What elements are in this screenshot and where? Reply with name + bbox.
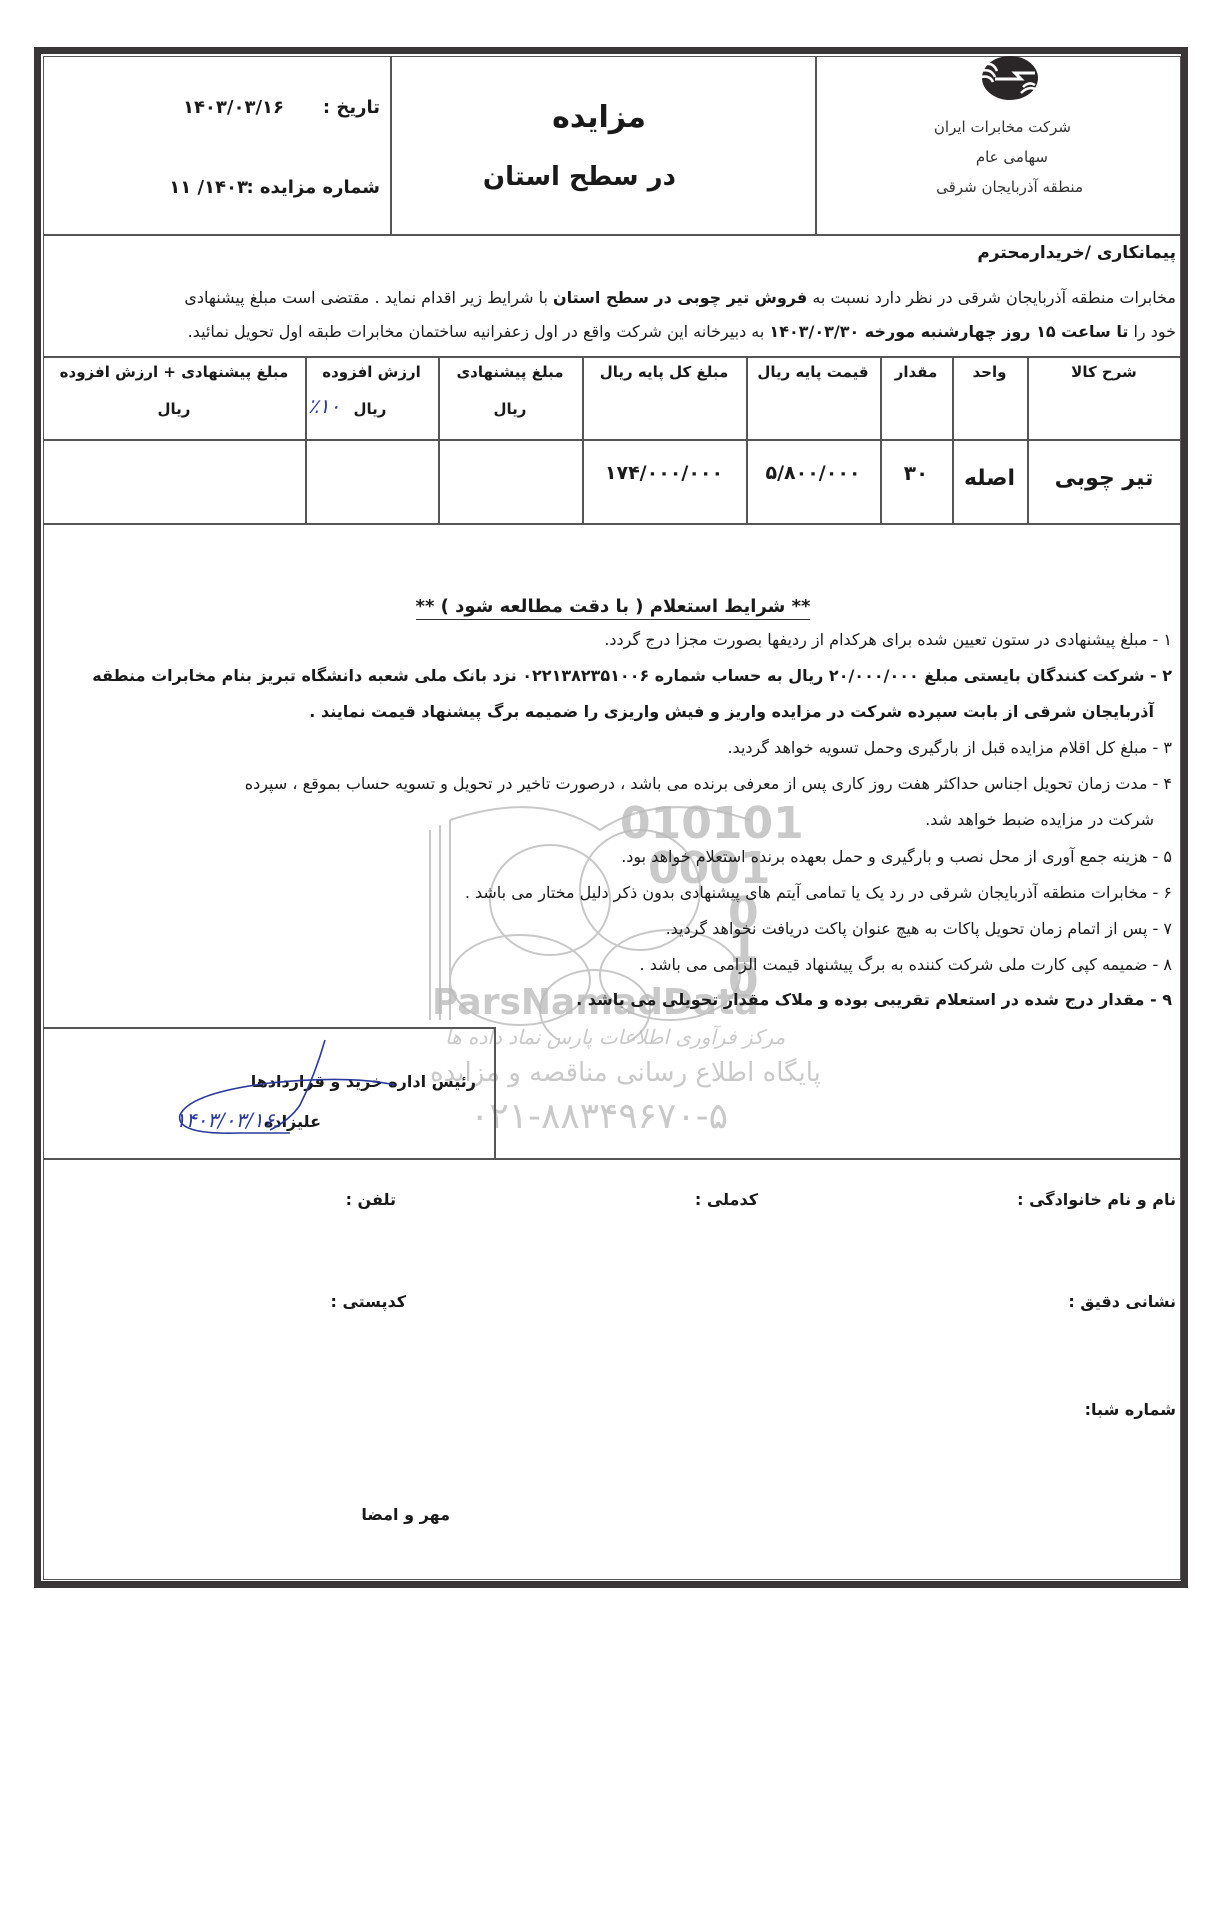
col-header-offer-plus-vat: مبلغ پیشنهادی + ارزش افزوده [43, 363, 305, 381]
intro-line-2-bold: تا ساعت ۱۵ روز چهارشنبه مورخه ۱۴۰۳/۰۳/۳۰ [769, 322, 1128, 341]
intro-line-1-text: مخابرات منطقه آذربایجان شرقی در نظر دارد… [807, 288, 1176, 307]
intro-line-1-bold: فروش تیر چوبی در سطح استان [553, 288, 807, 307]
intro-line-1-text-end: با شرایط زیر اقدام نماید . مقتضی است مبل… [184, 288, 553, 307]
salutation: پیمانکاری /خریدارمحترم [977, 243, 1176, 263]
header-bottom-rule [43, 234, 1181, 236]
condition-2: ۲ - شرکت کنندگان بایستی مبلغ ۲۰/۰۰۰/۰۰۰ … [92, 666, 1172, 685]
full-name-field[interactable]: نام و نام خانوادگی : [1017, 1190, 1176, 1209]
company-region: منطقه آذربایجان شرقی [936, 178, 1083, 196]
postal-code-field[interactable]: کدپستی : [330, 1292, 406, 1311]
watermark-phone: ۰۲۱-۸۸۳۴۹۶۷۰-۵ [470, 1096, 728, 1137]
condition-4-continuation: شرکت در مزایده ضبط خواهد شد. [925, 810, 1154, 829]
condition-8: ۸ - ضمیمه کپی کارت ملی شرکت کننده به برگ… [640, 955, 1172, 974]
col-header-unit-price: قیمت پایه ریال [746, 363, 880, 381]
condition-1: ۱ - مبلغ پیشنهادی در ستون تعیین شده برای… [604, 630, 1172, 649]
watermark-line-1: مرکز فرآوری اطلاعات پارس نماد داده ها [445, 1025, 785, 1049]
cell-unit: اصله [952, 434, 1027, 524]
conditions-heading-text: ** شرایط استعلام ( با دقت مطالعه شود ) *… [416, 596, 811, 620]
col-header-offer: مبلغ پیشنهادی [438, 363, 582, 381]
document-title: مزایده [552, 100, 646, 135]
header-divider-right [815, 56, 817, 234]
date-label: تاریخ : [323, 97, 380, 118]
table-top-rule [43, 356, 1181, 358]
form-section-top-rule [43, 1158, 1181, 1160]
col-header-offer-plus-vat-unit: ریال [43, 400, 305, 418]
table-col-divider [305, 356, 307, 523]
header-divider-left [390, 56, 392, 234]
cell-quantity: ۳۰ [880, 428, 952, 518]
intro-line-2: خود را تا ساعت ۱۵ روز چهارشنبه مورخه ۱۴۰… [188, 322, 1176, 341]
col-header-description: شرح کالا [1027, 363, 1181, 381]
sheba-number-field[interactable]: شماره شبا: [1085, 1400, 1176, 1419]
table-col-divider [438, 356, 440, 523]
condition-3: ۳ - مبلغ کل اقلام مزایده قبل از بارگیری … [727, 738, 1172, 757]
col-header-offer-unit: ریال [438, 400, 582, 418]
signature-scribble-icon [150, 1035, 430, 1145]
col-header-vat-unit: ریال [330, 400, 410, 418]
conditions-heading: ** شرایط استعلام ( با دقت مطالعه شود ) *… [0, 596, 1226, 617]
address-field[interactable]: نشانی دقیق : [1068, 1292, 1176, 1311]
watermark-binary-1: 010101 [620, 798, 804, 849]
phone-field[interactable]: تلفن : [346, 1190, 396, 1209]
stamp-and-signature-field[interactable]: مهر و امضا [361, 1505, 450, 1524]
telecom-logo-icon [975, 53, 1041, 101]
col-header-vat: ارزش افزوده [305, 363, 438, 381]
intro-line-2-text: خود را [1128, 322, 1176, 341]
signature-box-top [43, 1027, 495, 1029]
auction-number-label: شماره مزایده : [246, 177, 380, 198]
col-header-total-base: مبلغ کل پایه ریال [582, 363, 746, 381]
cell-unit-price: ۵/۸۰۰/۰۰۰ [746, 428, 880, 518]
condition-2-continuation: آذربایجان شرقی از بابت سپرده شرکت در مزا… [309, 702, 1154, 721]
condition-7: ۷ - پس از اتمام زمان تحویل پاکات به هیچ … [666, 919, 1172, 938]
condition-9: ۹ - مقدار درج شده در استعلام تقریبی بوده… [576, 990, 1172, 1009]
col-header-unit: واحد [952, 363, 1027, 381]
signature-box-side [494, 1027, 496, 1158]
condition-5: ۵ - هزینه جمع آوری از محل نصب و بارگیری … [621, 847, 1172, 866]
company-type: سهامی عام [976, 148, 1048, 166]
national-id-field[interactable]: کدملی : [695, 1190, 758, 1209]
company-name: شرکت مخابرات ایران [934, 118, 1071, 136]
col-header-quantity: مقدار [880, 363, 952, 381]
auction-number-value: ۱۴۰۳/ ۱۱ [169, 177, 248, 198]
vat-percent-handwritten: ٪۱۰ [308, 394, 340, 418]
condition-6: ۶ - مخابرات منطقه آذربایجان شرقی در رد ی… [465, 883, 1172, 902]
document-subtitle: در سطح استان [483, 162, 676, 192]
cell-total-base: ۱۷۴/۰۰۰/۰۰۰ [582, 428, 746, 518]
condition-4: ۴ - مدت زمان تحویل اجناس حداکثر هفت روز … [245, 774, 1172, 793]
date-value: ۱۴۰۳/۰۳/۱۶ [183, 97, 284, 118]
intro-line-1: مخابرات منطقه آذربایجان شرقی در نظر دارد… [51, 288, 1176, 307]
watermark-line-2: پایگاه اطلاع رسانی مناقصه و مزایده [430, 1058, 821, 1088]
cell-description: تیر چوبی [1027, 434, 1181, 524]
intro-line-2-text-end: به دبیرخانه این شرکت واقع در اول زعفرانی… [188, 322, 770, 341]
